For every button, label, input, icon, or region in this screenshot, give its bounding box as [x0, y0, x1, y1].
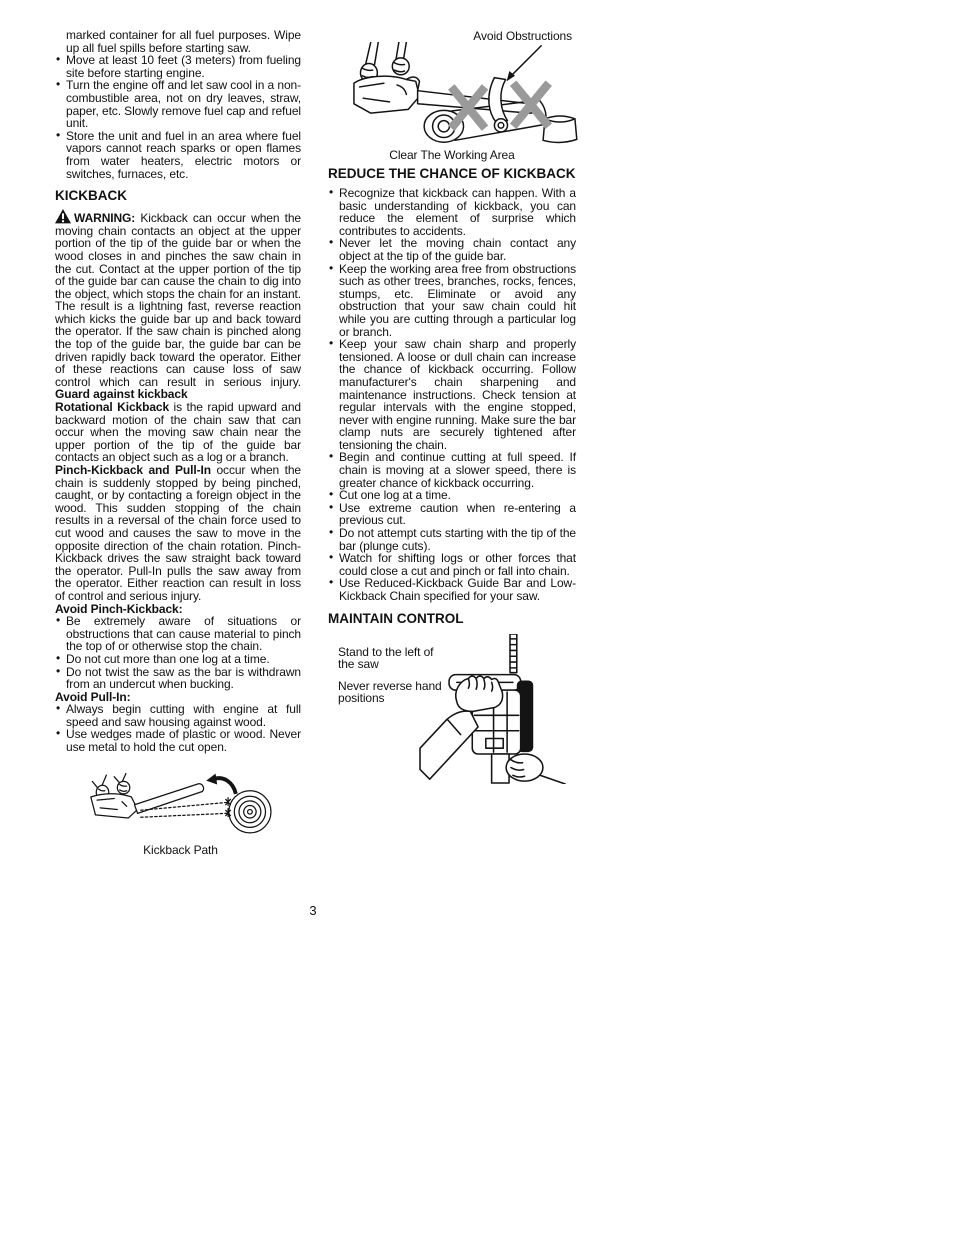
list-item: Use Reduced-Kickback Guide Bar and Low-K…: [328, 577, 576, 602]
intro-continuation-paragraph: marked container for all fuel purposes. …: [66, 29, 301, 54]
maintain-control-heading: MAINTAIN CONTROL: [328, 611, 576, 626]
list-item: Keep the working area free from obstruct…: [328, 263, 576, 339]
list-item: Use wedges made of plastic or wood. Neve…: [55, 728, 301, 753]
pinch-kickback-paragraph: Pinch-Kickback and Pull-In occur when th…: [55, 464, 301, 603]
list-item: Keep your saw chain sharp and properly t…: [328, 338, 576, 451]
warning-text: Kickback can occur when the moving chain…: [55, 211, 301, 389]
clear-working-area-illustration: [346, 42, 581, 145]
kickback-path-caption: Kickback Path: [83, 844, 278, 857]
reduce-kickback-list: Recognize that kickback can happen. With…: [328, 187, 576, 603]
list-item: Move at least 10 feet (3 meters) from fu…: [55, 54, 301, 79]
list-item: Store the unit and fuel in an area where…: [55, 130, 301, 180]
list-item: Turn the engine off and let saw cool in …: [55, 79, 301, 129]
reduce-kickback-heading: REDUCE THE CHANCE OF KICKBACK: [328, 166, 576, 181]
warning-triangle-icon: [55, 209, 71, 224]
rotational-kickback-paragraph: Rotational Kickback is the rapid upward …: [55, 401, 301, 464]
list-item: Do not twist the saw as the bar is withd…: [55, 666, 301, 691]
kickback-path-illustration: [83, 766, 278, 842]
list-item: Do not cut more than one log at a time.: [55, 653, 301, 666]
list-item: Be extremely aware of situations or obst…: [55, 615, 301, 653]
left-column: marked container for all fuel purposes. …: [55, 29, 301, 856]
list-item: Do not attempt cuts starting with the ti…: [328, 527, 576, 552]
list-item: Watch for shifting logs or other forces …: [328, 552, 576, 577]
fuel-safety-list: Move at least 10 feet (3 meters) from fu…: [55, 54, 301, 180]
maintain-control-illustration: [418, 634, 573, 784]
list-item: Never let the moving chain contact any o…: [328, 237, 576, 262]
pinch-kickback-text: occur when the chain is suddenly stopped…: [55, 463, 301, 603]
kickback-heading: KICKBACK: [55, 188, 301, 203]
kickback-path-figure: Kickback Path: [55, 766, 301, 857]
list-item: Use extreme caution when re-entering a p…: [328, 502, 576, 527]
maintain-control-figure: Stand to the left of the saw Never rever…: [328, 632, 576, 800]
clear-working-area-caption: Clear The Working Area: [328, 149, 576, 162]
page-number: 3: [300, 903, 326, 918]
avoid-obstructions-label: Avoid Obstructions: [473, 30, 572, 43]
list-item: Recognize that kickback can happen. With…: [328, 187, 576, 237]
warning-paragraph: WARNING: Kickback can occur when the mov…: [55, 209, 301, 401]
list-item: Begin and continue cutting at full speed…: [328, 451, 576, 489]
right-column: Avoid Obstructions: [328, 29, 576, 800]
list-item: Always begin cutting with engine at full…: [55, 703, 301, 728]
clear-working-area-figure: Avoid Obstructions: [328, 29, 576, 162]
manual-page: marked container for all fuel purposes. …: [0, 0, 954, 1235]
avoid-pinch-kickback-list: Be extremely aware of situations or obst…: [55, 615, 301, 691]
list-item: Cut one log at a time.: [328, 489, 576, 502]
avoid-pull-in-list: Always begin cutting with engine at full…: [55, 703, 301, 753]
